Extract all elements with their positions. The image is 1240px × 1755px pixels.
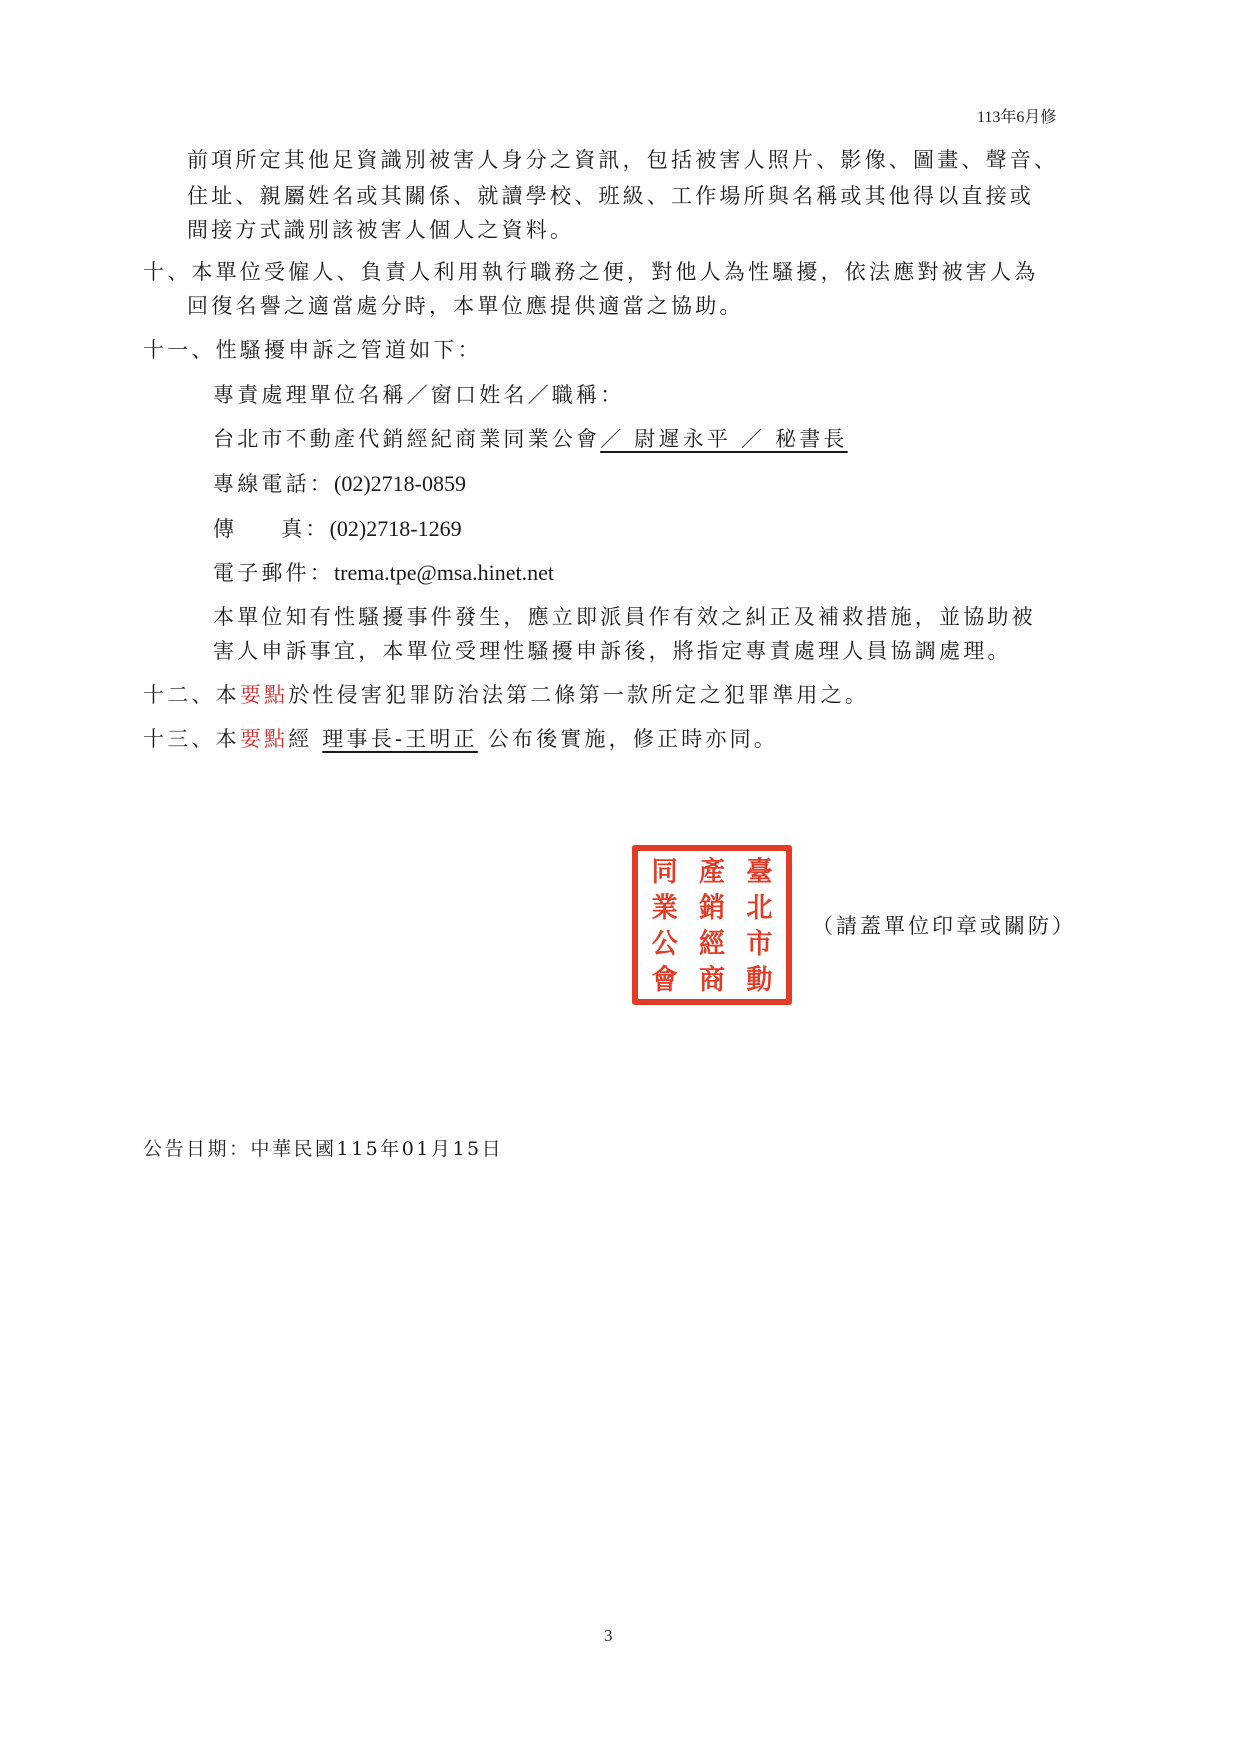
item-text: 本 xyxy=(216,683,240,707)
seal-char: 經 xyxy=(689,926,734,962)
item-number: 十二、 xyxy=(143,683,216,707)
seal-char: 市 xyxy=(737,926,782,962)
seal-char: 業 xyxy=(642,890,687,926)
item-11-title: 十一、性騷擾申訴之管道如下： xyxy=(143,336,482,364)
seal-char: 公 xyxy=(642,926,687,962)
contact-person: ／ 尉遲永平 ／ 秘書長 xyxy=(600,427,847,451)
fax-line: 傳真：(02)2718-1269 xyxy=(213,515,462,543)
fax-label-end: 真： xyxy=(281,517,329,541)
seal-char: 產 xyxy=(689,854,734,890)
item-10: 十、本單位受僱人、負責人利用執行職務之便，對他人為性騷擾，依法應對被害人為 xyxy=(143,258,1038,286)
item-number: 十三、 xyxy=(143,727,216,751)
unit-line: 台北市不動產代銷經紀商業同業公會／ 尉遲永平 ／ 秘書長 xyxy=(213,425,848,453)
paragraph-line: 害人申訴事宜，本單位受理性騷擾申訴後，將指定專責處理人員協調處理。 xyxy=(213,637,1012,665)
seal-char: 臺 xyxy=(737,854,782,890)
paragraph-line: 住址、親屬姓名或其關係、就讀學校、班級、工作場所與名稱或其他得以直接或 xyxy=(187,182,1034,210)
item-number: 十、 xyxy=(143,260,191,284)
paragraph-line: 前項所定其他足資識別被害人身分之資訊，包括被害人照片、影像、圖畫、聲音、 xyxy=(187,146,1058,174)
item-12: 十二、本要點於性侵害犯罪防治法第二條第一款所定之犯罪準用之。 xyxy=(143,681,869,709)
email-line: 電子郵件：trema.tpe@msa.hinet.net xyxy=(213,559,554,587)
publication-date: 公告日期：中華民國115年01月15日 xyxy=(143,1134,503,1161)
seal-char: 銷 xyxy=(689,890,734,926)
seal-char: 北 xyxy=(737,890,782,926)
email-label: 電子郵件： xyxy=(213,561,334,585)
item-text: 性騷擾申訴之管道如下： xyxy=(216,338,482,362)
seal-char: 會 xyxy=(642,962,687,998)
revision-label: 113年6月修 xyxy=(977,104,1056,127)
item-text: 於性侵害犯罪防治法第二條第一款所定之犯罪準用之。 xyxy=(288,683,869,707)
phone-line: 專線電話：(02)2718-0859 xyxy=(213,470,466,498)
phone-label: 專線電話： xyxy=(213,472,334,496)
seal-char: 動 xyxy=(737,962,782,998)
seal-instruction: （請蓋單位印章或關防） xyxy=(812,910,1076,940)
highlight-term: 要點 xyxy=(240,727,288,751)
item-text: 經 xyxy=(288,727,322,751)
item-13: 十三、本要點經 理事長-王明正 公布後實施，修正時亦同。 xyxy=(143,725,778,753)
document-page: 113年6月修 前項所定其他足資識別被害人身分之資訊，包括被害人照片、影像、圖畫… xyxy=(0,0,1240,1755)
paragraph-line: 間接方式識別該被害人個人之資料。 xyxy=(187,216,574,244)
highlight-term: 要點 xyxy=(240,683,288,707)
paragraph-line: 回復名譽之適當處分時，本單位應提供適當之協助。 xyxy=(187,292,744,320)
page-number: 3 xyxy=(604,1626,613,1646)
item-text: 公布後實施，修正時亦同。 xyxy=(478,727,778,751)
paragraph-line: 本單位知有性騷擾事件發生，應立即派員作有效之糾正及補救措施，並協助被 xyxy=(213,603,1036,631)
fax-number: (02)2718-1269 xyxy=(330,516,462,541)
item-text: 本 xyxy=(216,727,240,751)
item-number: 十一、 xyxy=(143,338,216,362)
phone-number: (02)2718-0859 xyxy=(334,471,466,496)
unit-name: 台北市不動產代銷經紀商業同業公會 xyxy=(213,427,600,451)
official-seal: 同 業 公 會 產 銷 經 商 臺 北 市 動 xyxy=(632,845,792,1005)
seal-char: 同 xyxy=(642,854,687,890)
email-address[interactable]: trema.tpe@msa.hinet.net xyxy=(334,560,554,585)
item-text: 本單位受僱人、負責人利用執行職務之便，對他人為性騷擾，依法應對被害人為 xyxy=(191,260,1038,284)
signatory: 理事長-王明正 xyxy=(322,727,478,751)
fax-label: 傳 xyxy=(213,517,237,541)
unit-label: 專責處理單位名稱／窗口姓名／職稱： xyxy=(213,381,624,409)
seal-char: 商 xyxy=(689,962,734,998)
